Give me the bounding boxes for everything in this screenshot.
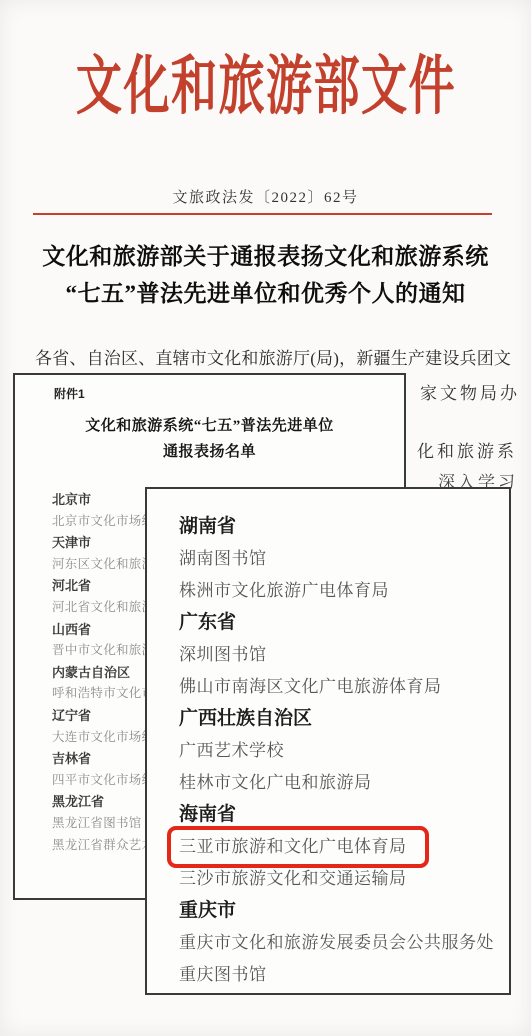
notice-body-line: 各省、自治区、直辖市文化和旅游厅(局)，新疆生产建设兵团文 <box>35 344 515 369</box>
province-heading: 广东省 <box>179 607 509 639</box>
notice-title-line2: “七五”普法先进单位和优秀个人的通知 <box>0 275 531 312</box>
roster-card: 湖南省湖南图书馆株洲市文化旅游广电体育局广东省深圳图书馆佛山市南海区文化广电旅游… <box>145 487 511 995</box>
attachment-title-line1: 文化和旅游系统“七五”普法先进单位 <box>15 413 404 439</box>
attachment-title: 文化和旅游系统“七五”普法先进单位 通报表扬名单 <box>15 413 404 465</box>
notice-title: 文化和旅游部关于通报表扬文化和旅游系统 “七五”普法先进单位和优秀个人的通知 <box>0 238 531 312</box>
agency-title-wrap: 文化和旅游部文件 <box>0 44 531 130</box>
red-divider-line <box>33 213 492 215</box>
unit-item: 重庆市文化和旅游发展委员会公共服务处 <box>179 927 509 959</box>
attachment-label: 附件1 <box>54 385 85 402</box>
province-heading: 湖南省 <box>179 511 509 543</box>
notice-title-line1: 文化和旅游部关于通报表扬文化和旅游系统 <box>0 238 531 275</box>
unit-item: 湖南图书馆 <box>179 543 509 575</box>
unit-item: 株洲市文化旅游广电体育局 <box>179 575 509 607</box>
province-heading: 广西壮族自治区 <box>179 703 509 735</box>
unit-item: 佛山市南海区文化广电旅游体育局 <box>179 671 509 703</box>
province-heading: 海南省 <box>179 799 509 831</box>
unit-item: 深圳图书馆 <box>179 639 509 671</box>
province-heading: 重庆市 <box>179 895 509 927</box>
unit-item: 桂林市文化广电和旅游局 <box>179 767 509 799</box>
document-page: 文化和旅游部文件 文旅政法发〔2022〕62号 文化和旅游部关于通报表扬文化和旅… <box>0 0 531 1036</box>
roster-list: 湖南省湖南图书馆株洲市文化旅游广电体育局广东省深圳图书馆佛山市南海区文化广电旅游… <box>179 511 509 991</box>
background-text-fragment-1: 家文物局办 <box>420 379 520 404</box>
doc-number: 文旅政法发〔2022〕62号 <box>0 186 531 207</box>
unit-item: 三沙市旅游文化和交通运输局 <box>179 863 509 895</box>
unit-item: 重庆图书馆 <box>179 959 509 991</box>
background-text-fragment-2: 化和旅游系 <box>417 437 517 462</box>
highlighted-unit-item: 三亚市旅游和文化广电体育局 <box>179 831 509 863</box>
attachment-title-line2: 通报表扬名单 <box>15 439 404 465</box>
agency-title: 文化和旅游部文件 <box>75 44 455 130</box>
unit-item: 广西艺术学校 <box>179 735 509 767</box>
